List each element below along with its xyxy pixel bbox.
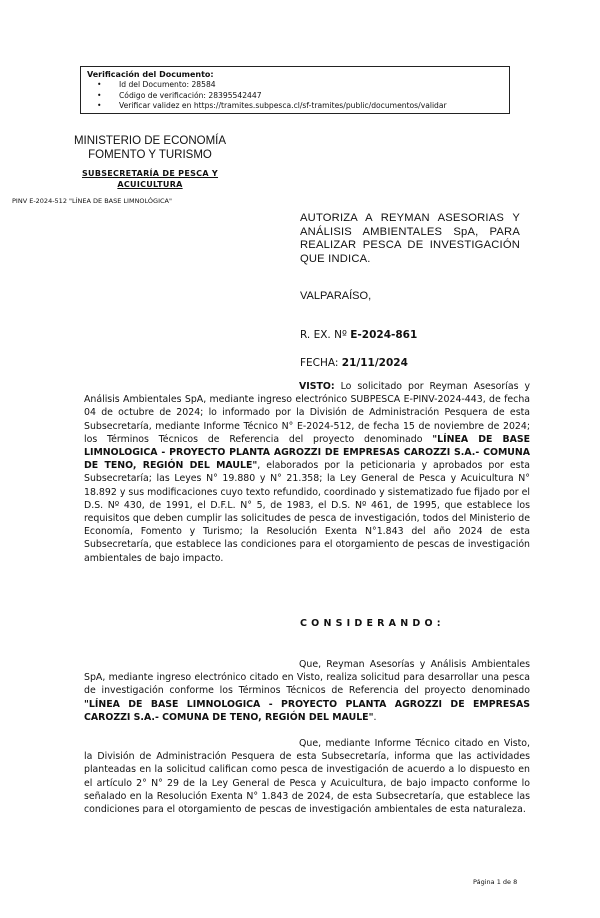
resolution-date: FECHA: 21/11/2024 [300, 357, 408, 369]
resolution-number-value: E-2024-861 [350, 329, 417, 341]
ministry-name: MINISTERIO DE ECONOMÍA FOMENTO Y TURISMO [40, 134, 260, 162]
place: VALPARAÍSO, [300, 290, 371, 302]
verification-doc-id: Id del Documento: 28584 [119, 80, 503, 91]
verification-box: Verificación del Documento: Id del Docum… [80, 66, 510, 114]
resolution-date-label: FECHA: [300, 357, 342, 369]
resolution-summary: AUTORIZA A REYMAN ASESORIAS Y ANÁLISIS A… [300, 212, 520, 266]
resolution-date-value: 21/11/2024 [342, 357, 408, 369]
verification-title: Verificación del Documento: [87, 70, 503, 80]
visto-label: VISTO: [299, 381, 335, 392]
considerando-heading: CONSIDERANDO: [300, 618, 445, 629]
verification-url[interactable]: Verificar validez en https://tramites.su… [119, 101, 503, 112]
considerando-paragraph-2: Que, mediante Informe Técnico citado en … [84, 737, 530, 816]
resolution-number-label: R. EX. Nº [300, 329, 350, 341]
considerando-1-text-a: Que, Reyman Asesorías y Análisis Ambient… [84, 659, 530, 696]
page-number: Página 1 de 8 [473, 878, 517, 886]
subsecretaria-line-2: ACUICULTURA [40, 179, 260, 190]
verification-code: Código de verificación: 28395542447 [119, 91, 503, 102]
considerando-2-text: Que, mediante Informe Técnico citado en … [84, 738, 530, 815]
visto-text-b: , elaborados por la peticionaria y aprob… [84, 460, 530, 563]
considerando-1-text-b: . [373, 712, 376, 723]
subsecretaria-line-1: SUBSECRETARÍA DE PESCA Y [40, 168, 260, 179]
considerando-paragraph-1: Que, Reyman Asesorías y Análisis Ambient… [84, 658, 530, 724]
subsecretaria-name: SUBSECRETARÍA DE PESCA Y ACUICULTURA [40, 168, 260, 190]
considerando-1-project-name: "LÍNEA DE BASE LIMNOLOGICA - PROYECTO PL… [84, 699, 530, 723]
document-reference: PINV E-2024-512 "LÍNEA DE BASE LIMNOLÓGI… [12, 197, 172, 205]
visto-paragraph: VISTO: Lo solicitado por Reyman Asesoría… [84, 380, 530, 565]
verification-list: Id del Documento: 28584 Código de verifi… [87, 80, 503, 112]
ministry-line-2: FOMENTO Y TURISMO [40, 148, 260, 162]
resolution-number: R. EX. Nº E-2024-861 [300, 329, 417, 341]
ministry-line-1: MINISTERIO DE ECONOMÍA [40, 134, 260, 148]
